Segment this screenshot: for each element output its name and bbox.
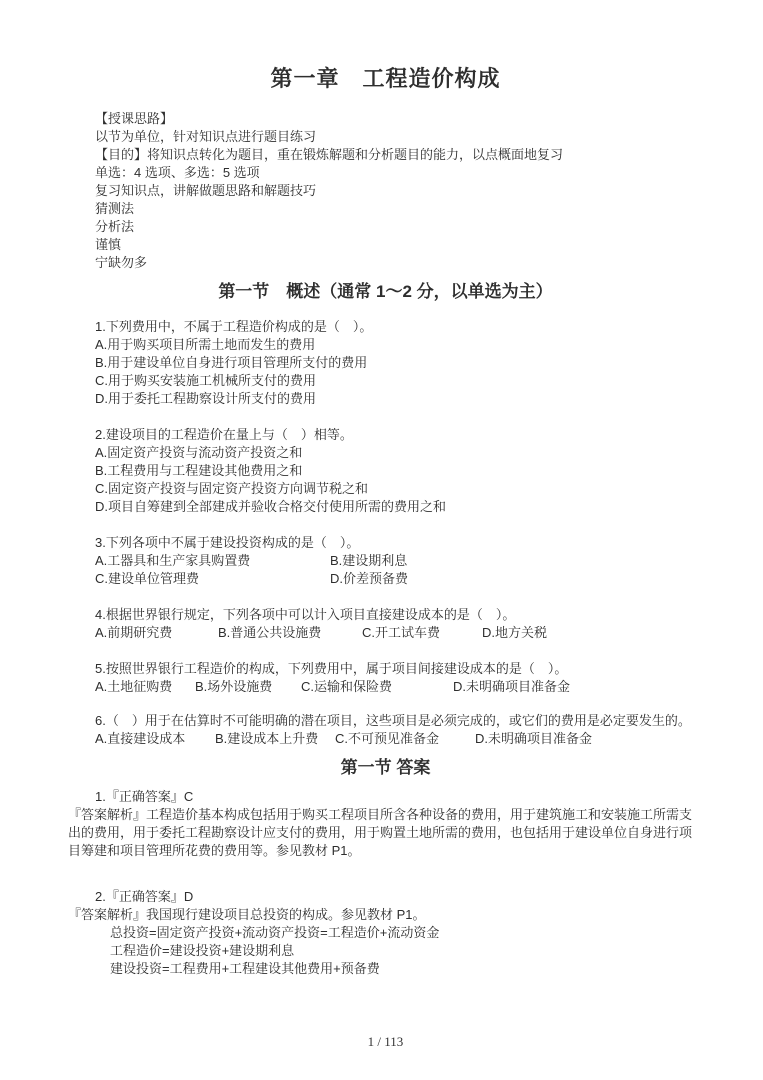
question-option: B.建设成本上升费 bbox=[215, 730, 335, 748]
question-option-row: A.工器具和生产家具购置费B.建设期利息 bbox=[68, 552, 703, 570]
question-option: A.直接建设成本 bbox=[95, 730, 215, 748]
question-option: D.未明确项目准备金 bbox=[475, 730, 592, 748]
question-3: 3.下列各项中不属于建设投资构成的是（ ）。 A.工器具和生产家具购置费B.建设… bbox=[68, 534, 703, 588]
question-option: B.普通公共设施费 bbox=[218, 624, 362, 642]
question-option: A.用于购买项目所需土地而发生的费用 bbox=[68, 336, 703, 354]
intro-line: 【授课思路】 bbox=[68, 110, 703, 128]
question-stem: 4.根据世界银行规定，下列各项中可以计入项目直接建设成本的是（ ）。 bbox=[68, 606, 703, 624]
question-stem: 3.下列各项中不属于建设投资构成的是（ ）。 bbox=[68, 534, 703, 552]
intro-line: 单选：4 选项、多选：5 选项 bbox=[68, 164, 703, 182]
question-option: C.不可预见准备金 bbox=[335, 730, 475, 748]
answers-section-title: 第一节 答案 bbox=[68, 756, 703, 780]
question-option: C.固定资产投资与固定资产投资方向调节税之和 bbox=[68, 480, 703, 498]
question-6: 6.（ ）用于在估算时不可能明确的潜在项目，这些项目是必须完成的，或它们的费用是… bbox=[68, 712, 703, 748]
question-option: D.价差预备费 bbox=[330, 571, 408, 586]
question-option: A.前期研究费 bbox=[95, 624, 218, 642]
question-option: B.建设期利息 bbox=[330, 553, 407, 568]
question-option-row: A.直接建设成本B.建设成本上升费C.不可预见准备金D.未明确项目准备金 bbox=[68, 730, 703, 748]
intro-line: 分析法 bbox=[68, 218, 703, 236]
question-option: C.运输和保险费 bbox=[301, 678, 453, 696]
answer-item-2: 2.『正确答案』D 『答案解析』我国现行建设项目总投资的构成。参见教材 P1。 … bbox=[68, 888, 703, 978]
question-4: 4.根据世界银行规定，下列各项中可以计入项目直接建设成本的是（ ）。 A.前期研… bbox=[68, 606, 703, 642]
answer-label: 1.『正确答案』C bbox=[68, 788, 703, 806]
question-option: C.建设单位管理费 bbox=[95, 570, 330, 588]
intro-line: 【目的】将知识点转化为题目，重在锻炼解题和分析题目的能力，以点概面地复习 bbox=[68, 146, 703, 164]
question-stem: 2.建设项目的工程造价在量上与（ ）相等。 bbox=[68, 426, 703, 444]
question-option: B.场外设施费 bbox=[195, 678, 301, 696]
question-stem: 5.按照世界银行工程造价的构成，下列费用中，属于项目间接建设成本的是（ ）。 bbox=[68, 660, 703, 678]
question-option: C.用于购买安装施工机械所支付的费用 bbox=[68, 372, 703, 390]
question-option: D.未明确项目准备金 bbox=[453, 678, 570, 696]
question-option: A.土地征购费 bbox=[95, 678, 195, 696]
question-stem: 1.下列费用中，不属于工程造价构成的是（ ）。 bbox=[68, 318, 703, 336]
intro-line: 谨慎 bbox=[68, 236, 703, 254]
answer-item-1: 1.『正确答案』C 『答案解析』工程造价基本构成包括用于购买工程项目所含各种设备… bbox=[68, 788, 703, 860]
page-indicator: 1 / 113 bbox=[68, 1034, 703, 1050]
intro-line: 猜测法 bbox=[68, 200, 703, 218]
question-option: A.固定资产投资与流动资产投资之和 bbox=[68, 444, 703, 462]
question-option: B.用于建设单位自身进行项目管理所支付的费用 bbox=[68, 354, 703, 372]
question-5: 5.按照世界银行工程造价的构成，下列费用中，属于项目间接建设成本的是（ ）。 A… bbox=[68, 660, 703, 696]
formula-line: 工程造价=建设投资+建设期利息 bbox=[68, 942, 703, 960]
question-option-row: A.前期研究费B.普通公共设施费C.开工试车费D.地方关税 bbox=[68, 624, 703, 642]
formula-line: 总投资=固定资产投资+流动资产投资=工程造价+流动资金 bbox=[68, 924, 703, 942]
answer-analysis: 『答案解析』我国现行建设项目总投资的构成。参见教材 P1。 bbox=[68, 906, 703, 924]
question-1: 1.下列费用中，不属于工程造价构成的是（ ）。 A.用于购买项目所需土地而发生的… bbox=[68, 318, 703, 408]
question-option: D.用于委托工程勘察设计所支付的费用 bbox=[68, 390, 703, 408]
section-title: 第一节 概述（通常 1～2 分，以单选为主） bbox=[68, 280, 703, 304]
intro-line: 宁缺勿多 bbox=[68, 254, 703, 272]
formula-line: 建设投资=工程费用+工程建设其他费用+预备费 bbox=[68, 960, 703, 978]
question-option-row: A.土地征购费B.场外设施费C.运输和保险费D.未明确项目准备金 bbox=[68, 678, 703, 696]
answer-label: 2.『正确答案』D bbox=[68, 888, 703, 906]
question-option: C.开工试车费 bbox=[362, 624, 482, 642]
intro-line: 复习知识点，讲解做题思路和解题技巧 bbox=[68, 182, 703, 200]
question-option: D.地方关税 bbox=[482, 624, 547, 642]
intro-block: 【授课思路】 以节为单位，针对知识点进行题目练习 【目的】将知识点转化为题目，重… bbox=[68, 110, 703, 272]
intro-line: 以节为单位，针对知识点进行题目练习 bbox=[68, 128, 703, 146]
answer-analysis: 『答案解析』工程造价基本构成包括用于购买工程项目所含各种设备的费用，用于建筑施工… bbox=[68, 806, 703, 860]
document-page: 第一章 工程造价构成 【授课思路】 以节为单位，针对知识点进行题目练习 【目的】… bbox=[0, 0, 763, 1080]
question-option: D.项目自筹建到全部建成并验收合格交付使用所需的费用之和 bbox=[68, 498, 703, 516]
question-option-row: C.建设单位管理费D.价差预备费 bbox=[68, 570, 703, 588]
chapter-title: 第一章 工程造价构成 bbox=[68, 64, 703, 94]
question-option: B.工程费用与工程建设其他费用之和 bbox=[68, 462, 703, 480]
question-option: A.工器具和生产家具购置费 bbox=[95, 552, 330, 570]
question-2: 2.建设项目的工程造价在量上与（ ）相等。 A.固定资产投资与流动资产投资之和 … bbox=[68, 426, 703, 516]
question-stem: 6.（ ）用于在估算时不可能明确的潜在项目，这些项目是必须完成的，或它们的费用是… bbox=[68, 712, 703, 730]
